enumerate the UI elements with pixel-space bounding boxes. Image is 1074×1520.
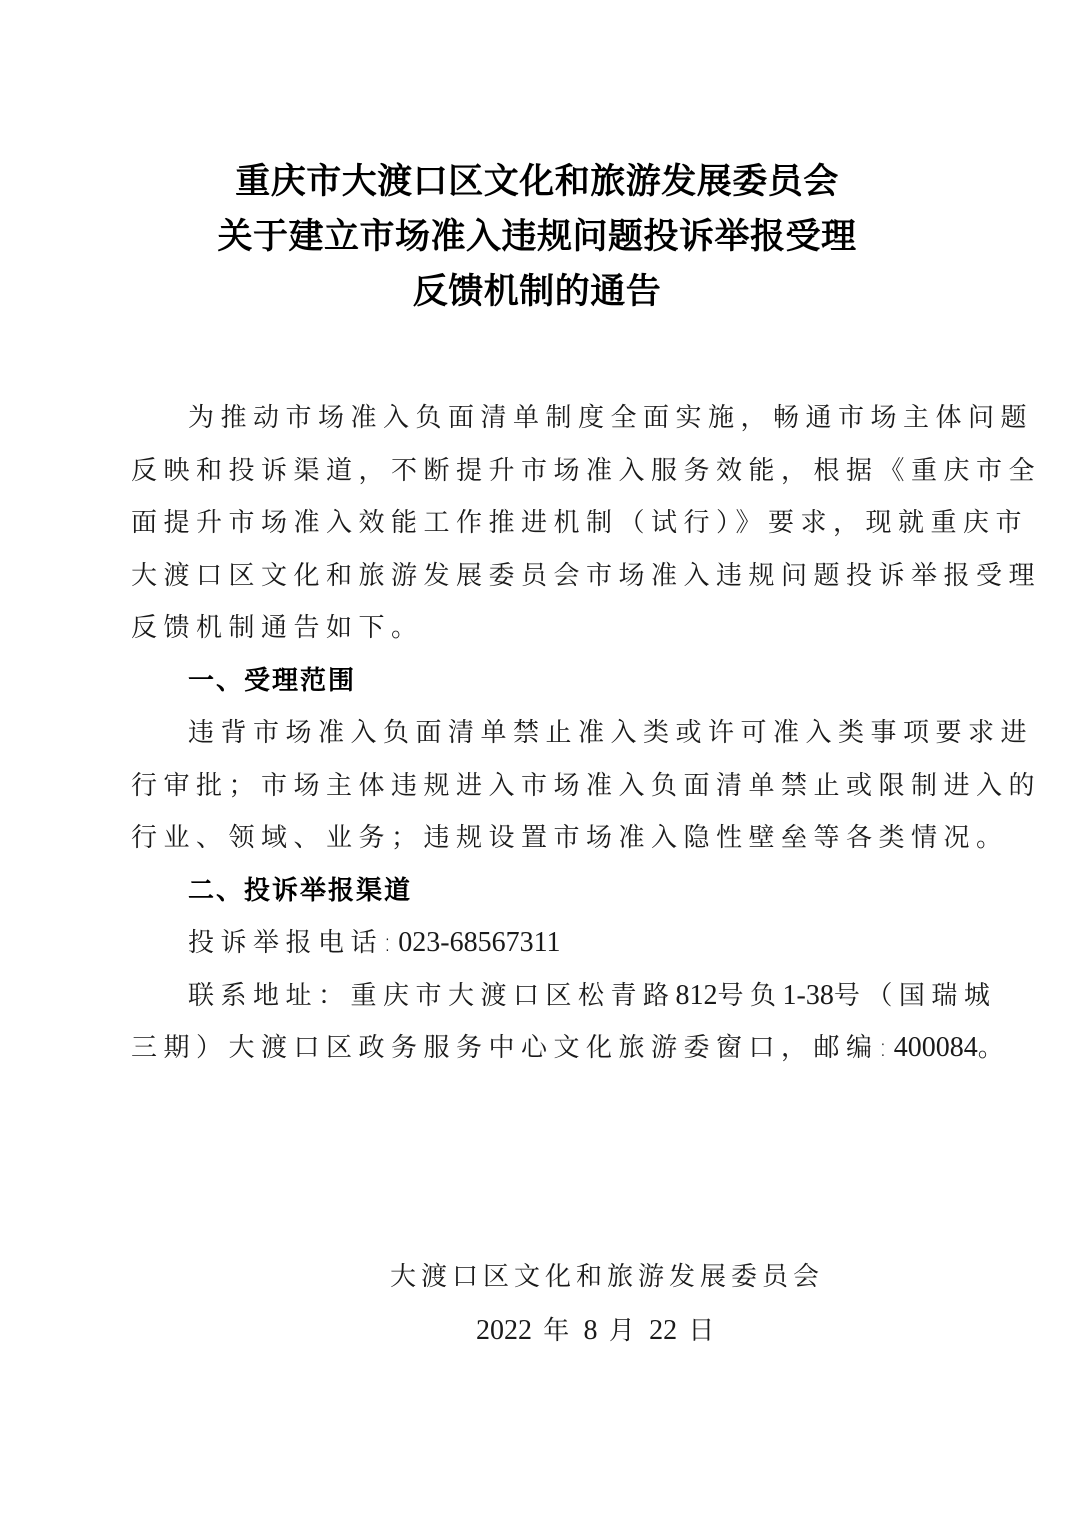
intro-line-5: 反馈机制通告如下。 (131, 602, 947, 655)
address-suffix: 号（国瑞城 (834, 981, 997, 1011)
address-line-1: 联系地址：重庆市大渡口区松青路812号负1-38号（国瑞城 (131, 970, 947, 1023)
intro-line-3: 面提升市场准入效能工作推进机制（试行）》要求，现就重庆市 (131, 497, 947, 550)
address-prefix: 联系地址：重庆市大渡口区松青路 (188, 981, 676, 1011)
signature-organization: 大渡口区文化和旅游发展委员会 (390, 1251, 824, 1303)
title-line-1: 重庆市大渡口区文化和旅游发展委员会 (0, 154, 1074, 209)
postal-code: 400084 (894, 1032, 978, 1063)
section-heading-channels: 二、投诉举报渠道 (131, 865, 947, 918)
title-line-2: 关于建立市场准入违规问题投诉举报受理 (0, 209, 1074, 264)
scope-line-2: 行审批；市场主体违规进入市场准入负面清单禁止或限制进入的 (131, 760, 947, 813)
date-day: 22 (649, 1315, 677, 1346)
document-body: 为推动市场准入负面清单制度全面实施，畅通市场主体问题 反映和投诉渠道，不断提升市… (131, 392, 947, 1075)
date-month-unit: 月 (609, 1316, 638, 1346)
address-line2-prefix: 三期）大渡口区政务服务中心文化旅游委窗口，邮编: (131, 1033, 894, 1063)
phone-number: 023-68567311 (398, 927, 560, 958)
section-heading-scope: 一、受理范围 (131, 655, 947, 708)
intro-line-4: 大渡口区文化和旅游发展委员会市场准入违规问题投诉举报受理 (131, 550, 947, 603)
scope-line-3: 行业、领域、业务；违规设置市场准入隐性壁垒等各类情况。 (131, 812, 947, 865)
date-day-unit: 日 (688, 1316, 717, 1346)
address-number-2: 1-38 (783, 980, 834, 1011)
date-year-unit: 年 (543, 1316, 572, 1346)
intro-line-2: 反映和投诉渠道，不断提升市场准入服务效能，根据《重庆市全 (131, 445, 947, 498)
address-line2-suffix: 。 (978, 1033, 1011, 1063)
address-line-2: 三期）大渡口区政务服务中心文化旅游委窗口，邮编:400084。 (131, 1022, 947, 1075)
title-line-3: 反馈机制的通告 (0, 264, 1074, 319)
address-mid: 号负 (718, 981, 783, 1011)
intro-line-1: 为推动市场准入负面清单制度全面实施，畅通市场主体问题 (131, 392, 947, 445)
date-month: 8 (584, 1315, 598, 1346)
address-number-1: 812 (676, 980, 718, 1011)
phone-label: 投诉举报电话: (188, 928, 398, 958)
scope-line-1: 违背市场准入负面清单禁止准入类或许可准入类事项要求进 (131, 707, 947, 760)
signature-date: 2022 年 8 月 22 日 (476, 1305, 717, 1357)
date-year: 2022 (476, 1315, 532, 1346)
phone-line: 投诉举报电话:023-68567311 (131, 917, 947, 970)
document-title: 重庆市大渡口区文化和旅游发展委员会 关于建立市场准入违规问题投诉举报受理 反馈机… (0, 154, 1074, 319)
